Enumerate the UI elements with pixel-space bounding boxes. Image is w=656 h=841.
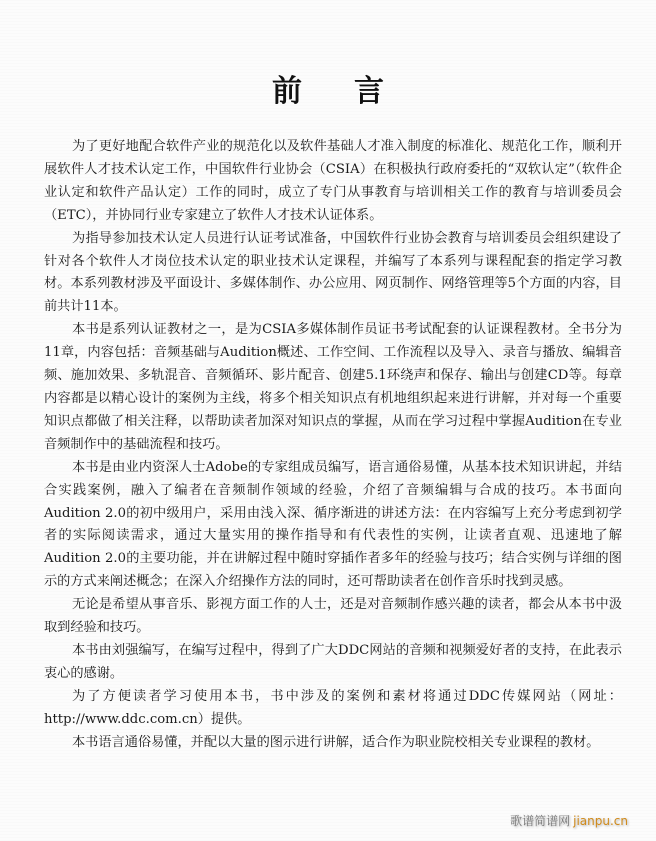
paragraph-7: 为了方便读者学习使用本书，书中涉及的案例和素材将通过DDC传媒网站（网址：htt… <box>44 686 622 732</box>
paragraph-4: 本书是由业内资深人士Adobe的专家组成员编写，语言通俗易懂，从基本技术知识讲起… <box>44 457 622 594</box>
paragraph-3: 本书是系列认证教材之一，是为CSIA多媒体制作员证书考试配套的认证课程教材。全书… <box>44 319 622 456</box>
watermark-latin: jianpu.cn <box>573 814 628 828</box>
site-watermark: 歌谱简谱网jianpu.cn <box>510 812 628 829</box>
preface-body: 为了更好地配合软件产业的规范化以及软件基础人才准入制度的标准化、规范化工作，顺利… <box>44 136 622 754</box>
paragraph-8: 本书语言通俗易懂，并配以大量的图示进行讲解，适合作为职业院校相关专业课程的教材。 <box>44 732 622 755</box>
watermark-chinese: 歌谱简谱网 <box>510 814 570 828</box>
page-title: 前言 <box>0 72 656 112</box>
paragraph-6: 本书由刘强编写，在编写过程中，得到了广大DDC网站的音频和视频爱好者的支持，在此… <box>44 640 622 686</box>
paragraph-1: 为了更好地配合软件产业的规范化以及软件基础人才准入制度的标准化、规范化工作，顺利… <box>44 136 622 228</box>
paragraph-2: 为指导参加技术认定人员进行认证考试准备，中国软件行业协会教育与培训委员会组织建设… <box>44 228 622 320</box>
document-page: 前言 为了更好地配合软件产业的规范化以及软件基础人才准入制度的标准化、规范化工作… <box>0 0 656 841</box>
paragraph-5: 无论是希望从事音乐、影视方面工作的人士，还是对音频制作感兴趣的读者，都会从本书中… <box>44 594 622 640</box>
